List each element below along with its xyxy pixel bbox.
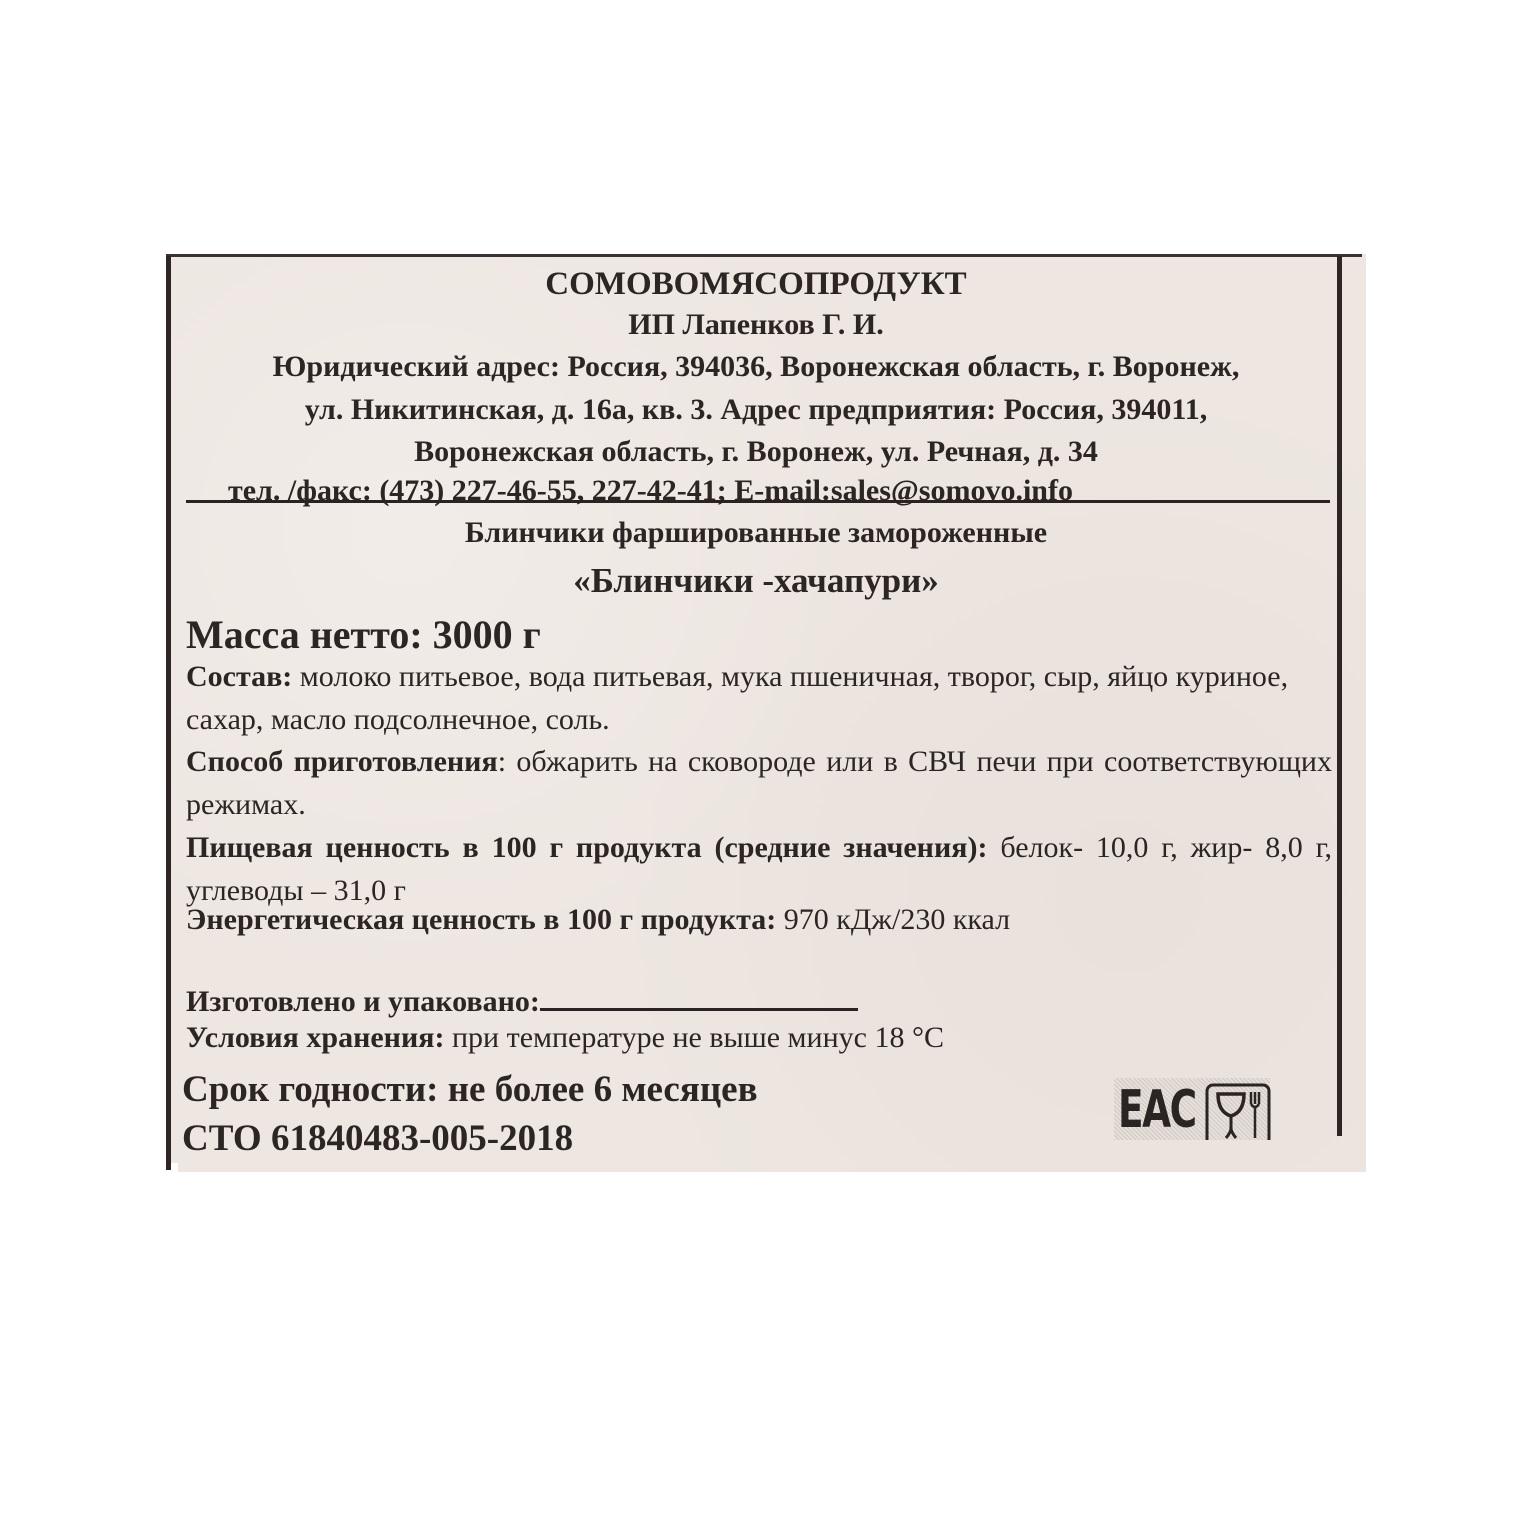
production-label: Изготовлено и упаковано: bbox=[186, 985, 540, 1018]
shelf-life: Срок годности: не более 6 месяцев bbox=[182, 1068, 758, 1111]
standard-code: СТО 61840483-005-2018 bbox=[182, 1117, 573, 1160]
company-name: СОМОВОМЯСОПРОДУКТ bbox=[176, 266, 1336, 303]
energy-value: Энергетическая ценность в 100 г продукта… bbox=[186, 898, 1332, 941]
composition-text: молоко питьевое, вода питьевая, мука пше… bbox=[186, 660, 1288, 736]
product-type: Блинчики фаршированные замороженные bbox=[176, 516, 1336, 550]
legal-address-line-1: Юридический адрес: Россия, 394036, Ворон… bbox=[176, 350, 1336, 384]
energy-text: 970 кДж/230 ккал bbox=[776, 903, 1010, 936]
nutrition-label: Пищевая ценность в 100 г продукта (средн… bbox=[186, 831, 987, 864]
certification-marks: EAC bbox=[1114, 1078, 1270, 1140]
storage-text: при температуре не выше минус 18 °С bbox=[444, 1021, 943, 1054]
legal-address-line-2: ул. Никитинская, д. 16а, кв. 3. Адрес пр… bbox=[176, 393, 1336, 427]
enterprise-address: Воронежская область, г. Воронеж, ул. Реч… bbox=[176, 435, 1336, 469]
shelf-life-text: не более 6 месяцев bbox=[438, 1069, 757, 1110]
preparation: Способ приготовления: обжарить на сковор… bbox=[186, 740, 1332, 826]
label-border-left bbox=[166, 256, 171, 1170]
storage-label: Условия хранения: bbox=[186, 1021, 444, 1054]
production-date-blank bbox=[540, 984, 858, 1011]
composition: Состав: молоко питьевое, вода питьевая, … bbox=[186, 655, 1332, 741]
shelf-life-label: Срок годности: bbox=[182, 1069, 438, 1110]
eac-mark: EAC bbox=[1118, 1082, 1196, 1138]
glass-fork-icon bbox=[1204, 1082, 1272, 1140]
storage-conditions: Условия хранения: при температуре не выш… bbox=[186, 1021, 944, 1055]
composition-label: Состав: bbox=[186, 660, 292, 693]
label-border-top bbox=[166, 254, 1362, 257]
owner-name: ИП Лапенков Г. И. bbox=[176, 308, 1336, 342]
net-mass: Масса нетто: 3000 г bbox=[186, 611, 541, 658]
product-name: «Блинчики -хачапури» bbox=[176, 561, 1336, 601]
header-divider bbox=[186, 500, 1330, 503]
energy-label: Энергетическая ценность в 100 г продукта… bbox=[186, 903, 776, 936]
label-border-right bbox=[1337, 256, 1342, 1136]
production-info: Изготовлено и упаковано: bbox=[186, 984, 858, 1019]
preparation-label: Способ приготовления bbox=[186, 745, 498, 778]
